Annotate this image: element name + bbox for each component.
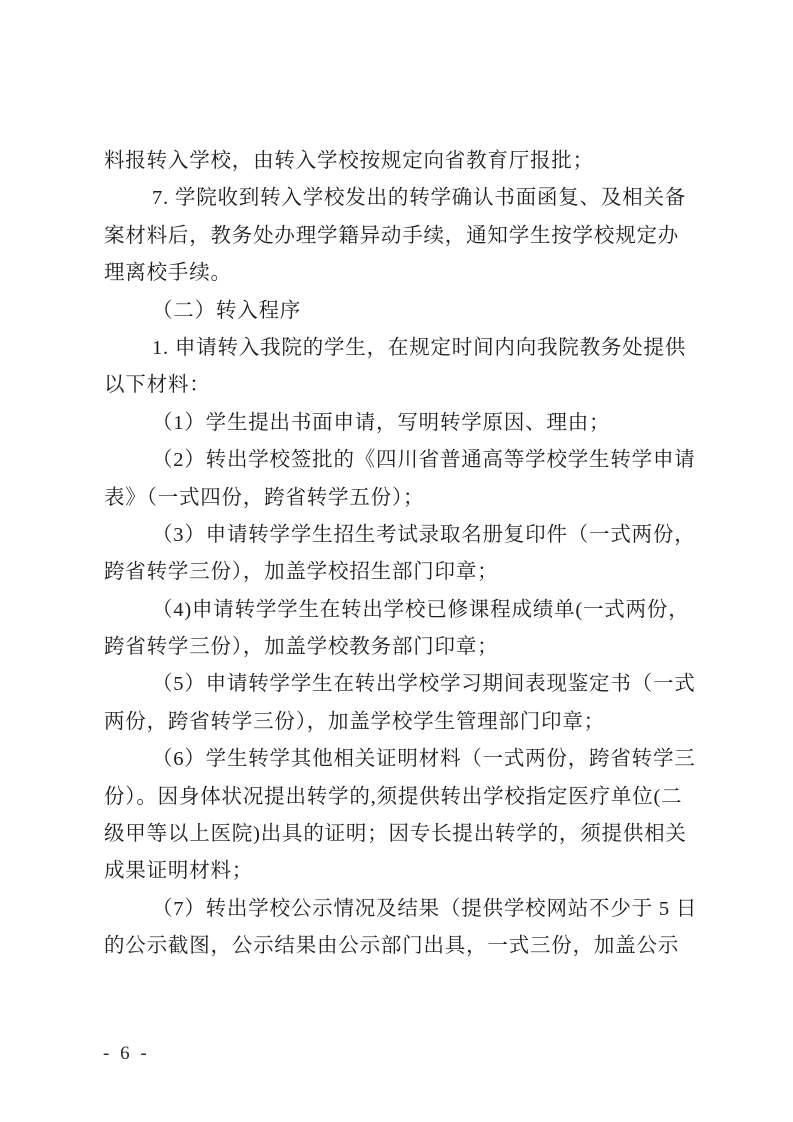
text-line: 案材料后，教务处办理学籍异动手续，通知学生按学校规定办 bbox=[104, 218, 690, 255]
text-line: 级甲等以上医院)出具的证明；因专长提出转学的，须提供相关 bbox=[104, 816, 690, 853]
page-number: - 6 - bbox=[103, 1042, 150, 1066]
text-line: 两份，跨省转学三份），加盖学校学生管理部门印章； bbox=[104, 704, 690, 741]
text-line: 理离校手续。 bbox=[104, 255, 690, 292]
text-line: （6）学生转学其他相关证明材料（一式两份，跨省转学三 bbox=[104, 741, 690, 778]
body-text-block: 料报转入学校，由转入学校按规定向省教育厅报批； 7. 学院收到转入学校发出的转学… bbox=[104, 143, 690, 966]
text-line: 跨省转学三份），加盖学校教务部门印章； bbox=[104, 629, 690, 666]
text-line: 料报转入学校，由转入学校按规定向省教育厅报批； bbox=[104, 143, 690, 180]
text-line: 份）。因身体状况提出转学的,须提供转出学校指定医疗单位(二 bbox=[104, 779, 690, 816]
text-line: （二）转入程序 bbox=[104, 293, 690, 330]
text-line: （1）学生提出书面申请，写明转学原因、理由； bbox=[104, 405, 690, 442]
text-line: 7. 学院收到转入学校发出的转学确认书面函复、及相关备 bbox=[104, 180, 690, 217]
document-page: 料报转入学校，由转入学校按规定向省教育厅报批； 7. 学院收到转入学校发出的转学… bbox=[0, 0, 793, 1122]
text-line: 表》（一式四份，跨省转学五份）； bbox=[104, 480, 690, 517]
text-line: 1. 申请转入我院的学生，在规定时间内向我院教务处提供 bbox=[104, 330, 690, 367]
text-line: 以下材料： bbox=[104, 367, 690, 404]
text-line: （2）转出学校签批的《四川省普通高等学校学生转学申请 bbox=[104, 442, 690, 479]
text-line: 跨省转学三份），加盖学校招生部门印章； bbox=[104, 554, 690, 591]
text-line: （5）申请转学学生在转出学校学习期间表现鉴定书（一式 bbox=[104, 666, 690, 703]
text-line: 成果证明材料； bbox=[104, 853, 690, 890]
text-line: 的公示截图，公示结果由公示部门出具，一式三份，加盖公示 bbox=[104, 928, 690, 965]
text-line: （4)申请转学学生在转出学校已修课程成绩单(一式两份， bbox=[104, 592, 690, 629]
text-line: （7）转出学校公示情况及结果（提供学校网站不少于 5 日 bbox=[104, 891, 690, 928]
text-line: （3）申请转学学生招生考试录取名册复印件（一式两份， bbox=[104, 517, 690, 554]
